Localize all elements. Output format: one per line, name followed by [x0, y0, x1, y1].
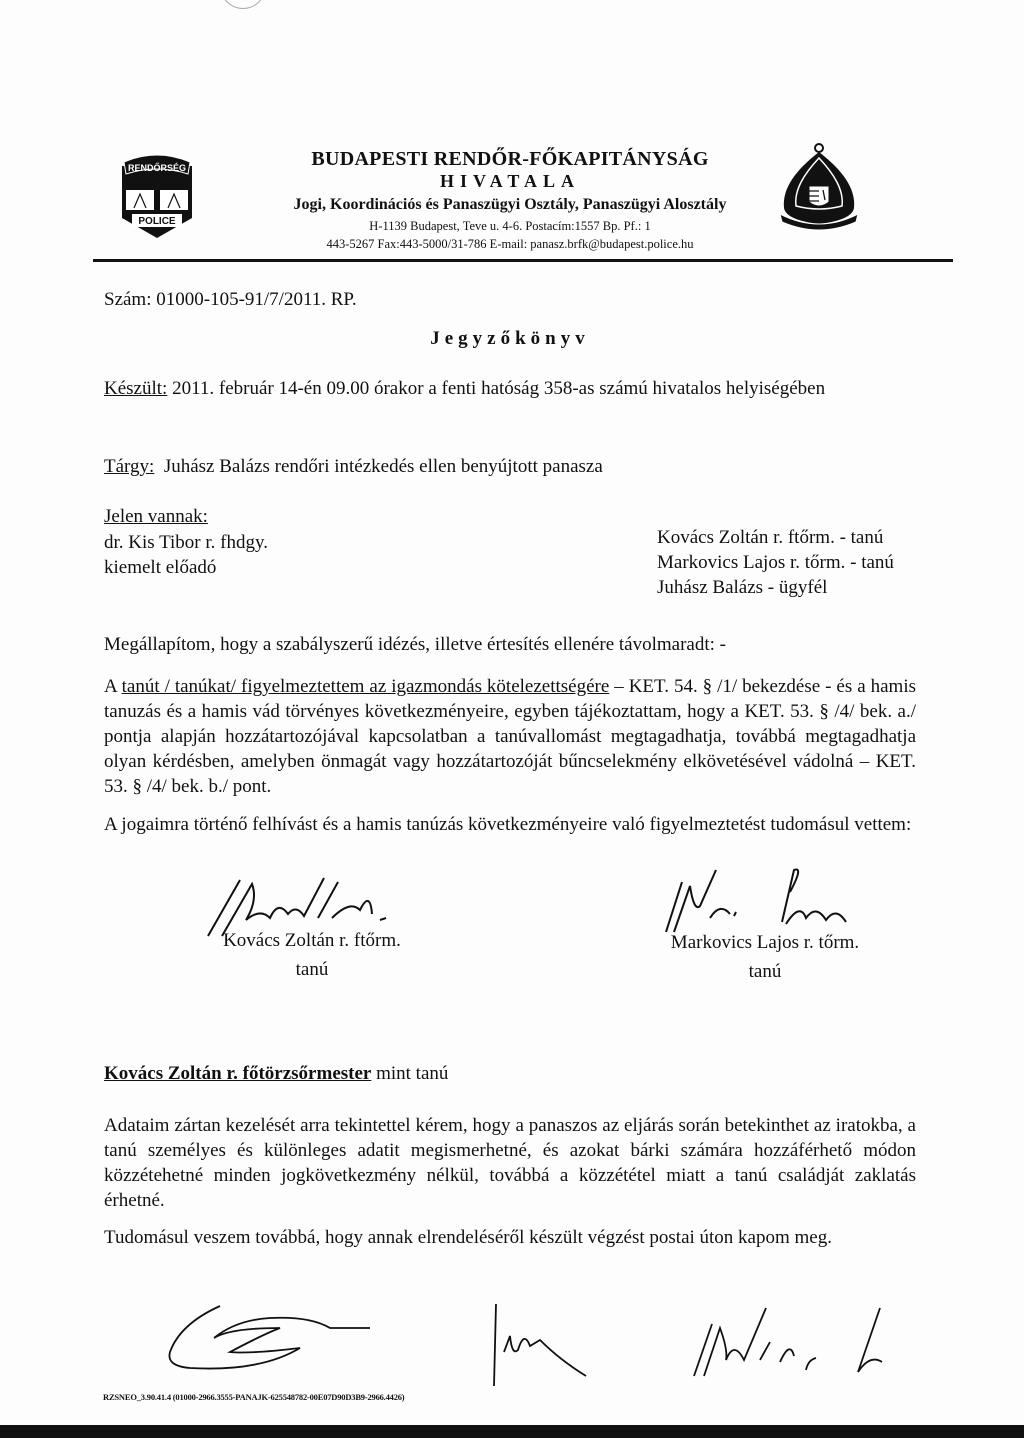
svg-text:RENDŐRSÉG: RENDŐRSÉG [128, 162, 186, 173]
subject-line: Tárgy: Juhász Balázs rendőri intézkedés … [104, 454, 603, 479]
warning-prefix: A [104, 676, 122, 697]
police-badge-icon: RENDŐRSÉG POLICE [118, 152, 196, 238]
signature-block-1: Kovács Zoltán r. ftőrm. tanú [222, 928, 402, 982]
document-number: Szám: 01000-105-91/7/2011. RP. [104, 287, 357, 312]
notice-statement: Tudomásul veszem továbbá, hogy annak elr… [104, 1225, 832, 1250]
present-person: Markovics Lajos r. tőrm. - tanú [657, 550, 894, 575]
signatory-name: Kovács Zoltán r. ftőrm. [222, 928, 402, 953]
present-role: kiemelt előadó [104, 555, 268, 580]
scan-artifact [220, 0, 266, 9]
signature-bottom-1 [160, 1298, 380, 1378]
signature-bottom-3 [690, 1300, 900, 1380]
department-name: Jogi, Koordinációs és Panaszügyi Osztály… [255, 196, 765, 214]
present-person: Juhász Balázs - ügyfél [657, 575, 894, 600]
svg-text:POLICE: POLICE [138, 216, 176, 227]
privacy-request: Adataim zártan kezelését arra tekintette… [104, 1113, 916, 1213]
made-statement: Készült: 2011. február 14-én 09.00 órako… [104, 376, 916, 401]
coat-of-arms-helmet-icon [776, 140, 862, 236]
subject-text: Juhász Balázs rendőri intézkedés ellen b… [154, 456, 602, 477]
acknowledgement: A jogaimra történő felhívást és a hamis … [104, 812, 916, 837]
made-text: 2011. február 14-én 09.00 órakor a fenti… [167, 378, 825, 399]
present-right-list: Kovács Zoltán r. ftőrm. - tanú Markovics… [657, 525, 894, 600]
warning-underlined: tanút / tanúkat/ figyelmeztettem az igaz… [122, 676, 610, 697]
organization-name: BUDAPESTI RENDŐR-FŐKAPITÁNYSÁG [255, 148, 765, 171]
signatory-role: tanú [655, 959, 875, 984]
signature-block-2: Markovics Lajos r. tőrm. tanú [655, 930, 875, 984]
present-person: dr. Kis Tibor r. fhdgy. [104, 530, 268, 555]
present-person: Kovács Zoltán r. ftőrm. - tanú [657, 525, 894, 550]
signatory-role: tanú [222, 957, 402, 982]
witness-suffix: mint tanú [371, 1063, 448, 1084]
header-divider [93, 259, 953, 262]
organization-subtitle: HIVATALA [255, 171, 765, 192]
footer-reference-code: RZSNEO_3.90.41.4 (01000-2966.3555-PANAJK… [103, 1392, 404, 1402]
made-label: Készült: [104, 378, 167, 399]
postal-address: H-1139 Budapest, Teve u. 4-6. Postacím:1… [255, 219, 765, 234]
scan-bottom-edge [0, 1425, 1024, 1438]
finding-statement: Megállapítom, hogy a szabályszerű idézés… [104, 632, 726, 657]
present-label: Jelen vannak: [104, 504, 208, 529]
witness-heading: Kovács Zoltán r. főtörzsőrmester mint ta… [104, 1061, 448, 1086]
document-title: Jegyzőkönyv [104, 328, 916, 350]
warning-paragraph: A tanút / tanúkat/ figyelmeztettem az ig… [104, 674, 916, 799]
contact-info: 443-5267 Fax:443-5000/31-786 E-mail: pan… [255, 237, 765, 252]
present-left-list: dr. Kis Tibor r. fhdgy. kiemelt előadó [104, 530, 268, 580]
signature-markovics [660, 862, 880, 938]
signature-bottom-2 [490, 1300, 610, 1390]
signatory-name: Markovics Lajos r. tőrm. [655, 930, 875, 955]
witness-name: Kovács Zoltán r. főtörzsőrmester [104, 1063, 371, 1084]
subject-label: Tárgy: [104, 456, 154, 477]
